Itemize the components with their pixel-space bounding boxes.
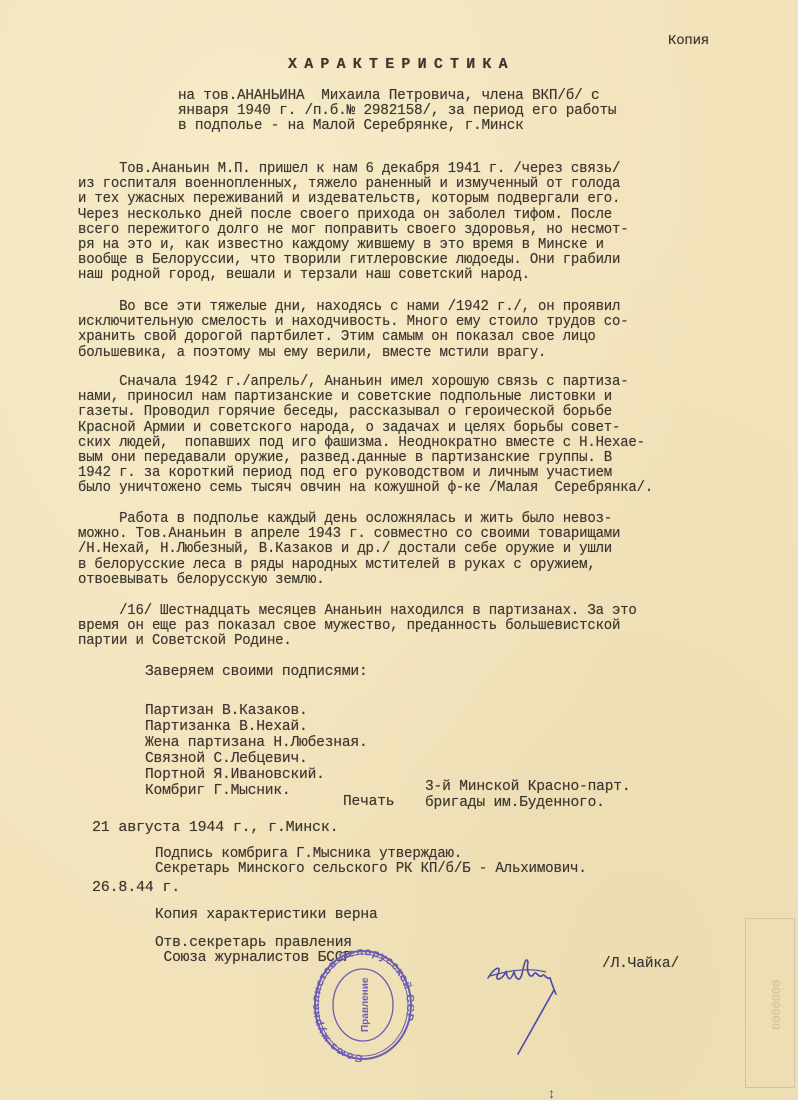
paragraph-1: Тов.Ананьин М.П. пришел к нам 6 декабря … [78, 162, 628, 284]
signer-name: /Л.Чайка/ [602, 957, 679, 972]
copy-mark: Копия [668, 34, 709, 49]
handwritten-signature [480, 950, 590, 1060]
round-seal-stamp: Союз журналистов Белорусской ССР Правлен… [312, 948, 414, 1062]
date-place: 21 августа 1944 г., г.Минск. [92, 820, 338, 835]
brigade-name: 3-й Минской Красно-парт. бригады им.Буде… [425, 779, 630, 811]
approval-date: 26.8.44 г. [92, 880, 180, 895]
paragraph-3: Сначала 1942 г./апрель/, Ананьин имел хо… [78, 375, 653, 497]
pencil-mark: ↕ [548, 1085, 555, 1100]
paragraph-5: /16/ Шестнадцать месяцев Ананьин находил… [78, 604, 637, 650]
copy-certification: Копия характеристики верна [155, 908, 378, 923]
archive-number: 0000000 [770, 980, 784, 1030]
paragraph-2: Во все эти тяжелые дни, находясь с нами … [78, 300, 628, 361]
paragraph-4: Работа в подполье каждый день осложнялас… [78, 512, 620, 588]
subject-block: на тов.АНАНЬИНА Михаила Петровича, члена… [178, 89, 616, 135]
certification-line: Заверяем своими подписями: [145, 665, 368, 680]
approval-block: Подпись комбрига Г.Мысника утверждаю. Се… [155, 847, 587, 876]
seal-center-text: Правление [360, 977, 371, 1032]
document-title: ХАРАКТЕРИСТИКА [288, 57, 515, 72]
signatories-list: Партизан В.Казаков. Партизанка В.Нехай. … [145, 703, 368, 799]
seal-label: Печать [343, 795, 394, 810]
